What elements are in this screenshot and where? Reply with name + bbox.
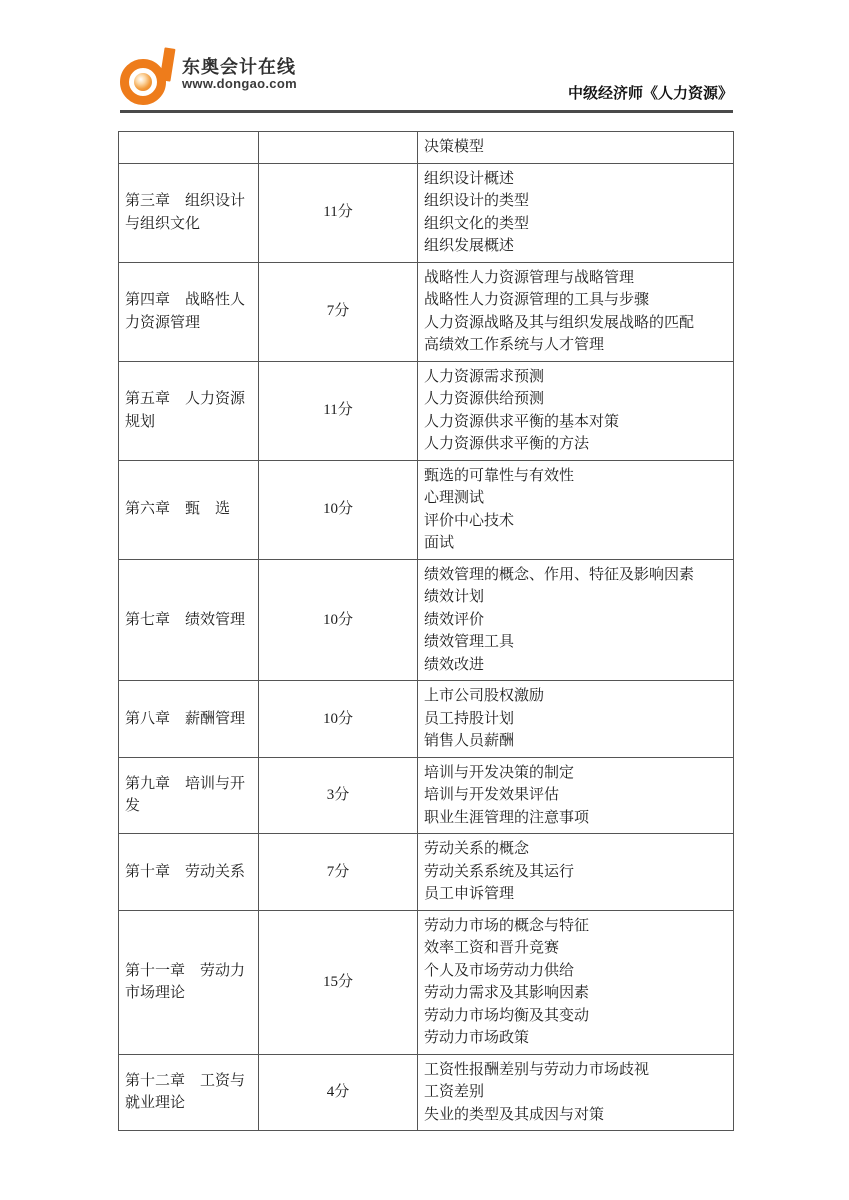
- topics-cell: 组织设计概述组织设计的类型组织文化的类型组织发展概述: [418, 163, 734, 262]
- logo-ball: [134, 73, 152, 91]
- topics-cell: 甄选的可靠性与有效性心理测试评价中心技术面试: [418, 460, 734, 559]
- topic-line: 决策模型: [424, 136, 727, 159]
- topic-line: 战略性人力资源管理的工具与步骤: [424, 289, 727, 312]
- topic-line: 人力资源战略及其与组织发展战略的匹配: [424, 312, 727, 335]
- topic-line: 员工持股计划: [424, 708, 727, 731]
- table-row: 第十二章 工资与就业理论4分工资性报酬差别与劳动力市场歧视工资差别失业的类型及其…: [119, 1054, 734, 1131]
- topic-line: 劳动力市场政策: [424, 1027, 727, 1050]
- topic-line: 绩效评价: [424, 609, 727, 632]
- topic-line: 劳动力需求及其影响因素: [424, 982, 727, 1005]
- logo-text: 东奥会计在线 www.dongao.com: [182, 57, 297, 97]
- table-row: 决策模型: [119, 132, 734, 164]
- score-cell: 7分: [259, 262, 418, 361]
- table-row: 第八章 薪酬管理10分上市公司股权激励员工持股计划销售人员薪酬: [119, 681, 734, 758]
- topic-line: 劳动关系的概念: [424, 838, 727, 861]
- topic-line: 人力资源需求预测: [424, 366, 727, 389]
- topic-line: 绩效改进: [424, 654, 727, 677]
- page-header: 东奥会计在线 www.dongao.com 中级经济师《人力资源》: [120, 48, 733, 113]
- topic-line: 上市公司股权激励: [424, 685, 727, 708]
- score-cell: [259, 132, 418, 164]
- table-row: 第十章 劳动关系7分劳动关系的概念劳动关系系统及其运行员工申诉管理: [119, 834, 734, 911]
- topic-line: 培训与开发决策的制定: [424, 762, 727, 785]
- topic-line: 工资性报酬差别与劳动力市场歧视: [424, 1059, 727, 1082]
- document-page: 东奥会计在线 www.dongao.com 中级经济师《人力资源》 决策模型第三…: [0, 0, 849, 1200]
- syllabus-table-body: 决策模型第三章 组织设计与组织文化11分组织设计概述组织设计的类型组织文化的类型…: [119, 132, 734, 1131]
- topics-cell: 劳动力市场的概念与特征效率工资和晋升竞赛个人及市场劳动力供给劳动力需求及其影响因…: [418, 910, 734, 1054]
- chapter-cell: 第四章 战略性人力资源管理: [119, 262, 259, 361]
- course-title: 中级经济师《人力资源》: [568, 82, 733, 105]
- chapter-cell: 第十二章 工资与就业理论: [119, 1054, 259, 1131]
- topics-cell: 决策模型: [418, 132, 734, 164]
- topic-line: 劳动关系系统及其运行: [424, 861, 727, 884]
- topic-line: 人力资源供求平衡的方法: [424, 433, 727, 456]
- topic-line: 甄选的可靠性与有效性: [424, 465, 727, 488]
- topic-line: 战略性人力资源管理与战略管理: [424, 267, 727, 290]
- topics-cell: 战略性人力资源管理与战略管理战略性人力资源管理的工具与步骤人力资源战略及其与组织…: [418, 262, 734, 361]
- score-cell: 7分: [259, 834, 418, 911]
- topic-line: 面试: [424, 532, 727, 555]
- score-cell: 3分: [259, 757, 418, 834]
- topic-line: 工资差别: [424, 1081, 727, 1104]
- chapter-cell: 第七章 绩效管理: [119, 559, 259, 681]
- topic-line: 培训与开发效果评估: [424, 784, 727, 807]
- dongao-logo-icon: [120, 48, 174, 105]
- table-row: 第七章 绩效管理10分绩效管理的概念、作用、特征及影响因素绩效计划绩效评价绩效管…: [119, 559, 734, 681]
- chapter-cell: 第十章 劳动关系: [119, 834, 259, 911]
- topic-line: 人力资源供给预测: [424, 388, 727, 411]
- table-row: 第五章 人力资源规划11分人力资源需求预测人力资源供给预测人力资源供求平衡的基本…: [119, 361, 734, 460]
- score-cell: 11分: [259, 361, 418, 460]
- score-cell: 10分: [259, 460, 418, 559]
- topic-line: 组织文化的类型: [424, 213, 727, 236]
- chapter-cell: [119, 132, 259, 164]
- table-row: 第十一章 劳动力市场理论15分劳动力市场的概念与特征效率工资和晋升竞赛个人及市场…: [119, 910, 734, 1054]
- topics-cell: 上市公司股权激励员工持股计划销售人员薪酬: [418, 681, 734, 758]
- topic-line: 组织设计的类型: [424, 190, 727, 213]
- score-cell: 10分: [259, 681, 418, 758]
- chapter-cell: 第八章 薪酬管理: [119, 681, 259, 758]
- topics-cell: 培训与开发决策的制定培训与开发效果评估职业生涯管理的注意事项: [418, 757, 734, 834]
- topic-line: 职业生涯管理的注意事项: [424, 807, 727, 830]
- topic-line: 绩效管理工具: [424, 631, 727, 654]
- topic-line: 劳动力市场均衡及其变动: [424, 1005, 727, 1028]
- topic-line: 个人及市场劳动力供给: [424, 960, 727, 983]
- score-cell: 15分: [259, 910, 418, 1054]
- table-row: 第六章 甄 选10分甄选的可靠性与有效性心理测试评价中心技术面试: [119, 460, 734, 559]
- topic-line: 效率工资和晋升竞赛: [424, 937, 727, 960]
- table-row: 第三章 组织设计与组织文化11分组织设计概述组织设计的类型组织文化的类型组织发展…: [119, 163, 734, 262]
- topic-line: 评价中心技术: [424, 510, 727, 533]
- topic-line: 绩效管理的概念、作用、特征及影响因素: [424, 564, 727, 587]
- topics-cell: 绩效管理的概念、作用、特征及影响因素绩效计划绩效评价绩效管理工具绩效改进: [418, 559, 734, 681]
- topics-cell: 人力资源需求预测人力资源供给预测人力资源供求平衡的基本对策人力资源供求平衡的方法: [418, 361, 734, 460]
- brand-name: 东奥会计在线: [182, 57, 297, 78]
- chapter-cell: 第五章 人力资源规划: [119, 361, 259, 460]
- topic-line: 组织发展概述: [424, 235, 727, 258]
- chapter-cell: 第三章 组织设计与组织文化: [119, 163, 259, 262]
- score-cell: 11分: [259, 163, 418, 262]
- topics-cell: 劳动关系的概念劳动关系系统及其运行员工申诉管理: [418, 834, 734, 911]
- chapter-cell: 第十一章 劳动力市场理论: [119, 910, 259, 1054]
- topic-line: 销售人员薪酬: [424, 730, 727, 753]
- topic-line: 员工申诉管理: [424, 883, 727, 906]
- dongao-logo: 东奥会计在线 www.dongao.com: [120, 48, 297, 105]
- topic-line: 劳动力市场的概念与特征: [424, 915, 727, 938]
- topic-line: 心理测试: [424, 487, 727, 510]
- topic-line: 失业的类型及其成因与对策: [424, 1104, 727, 1127]
- topics-cell: 工资性报酬差别与劳动力市场歧视工资差别失业的类型及其成因与对策: [418, 1054, 734, 1131]
- table-row: 第九章 培训与开发3分培训与开发决策的制定培训与开发效果评估职业生涯管理的注意事…: [119, 757, 734, 834]
- topic-line: 绩效计划: [424, 586, 727, 609]
- score-cell: 4分: [259, 1054, 418, 1131]
- chapter-cell: 第九章 培训与开发: [119, 757, 259, 834]
- topic-line: 组织设计概述: [424, 168, 727, 191]
- score-cell: 10分: [259, 559, 418, 681]
- topic-line: 高绩效工作系统与人才管理: [424, 334, 727, 357]
- table-row: 第四章 战略性人力资源管理7分战略性人力资源管理与战略管理战略性人力资源管理的工…: [119, 262, 734, 361]
- syllabus-table: 决策模型第三章 组织设计与组织文化11分组织设计概述组织设计的类型组织文化的类型…: [118, 131, 734, 1131]
- topic-line: 人力资源供求平衡的基本对策: [424, 411, 727, 434]
- brand-url: www.dongao.com: [182, 77, 297, 92]
- chapter-cell: 第六章 甄 选: [119, 460, 259, 559]
